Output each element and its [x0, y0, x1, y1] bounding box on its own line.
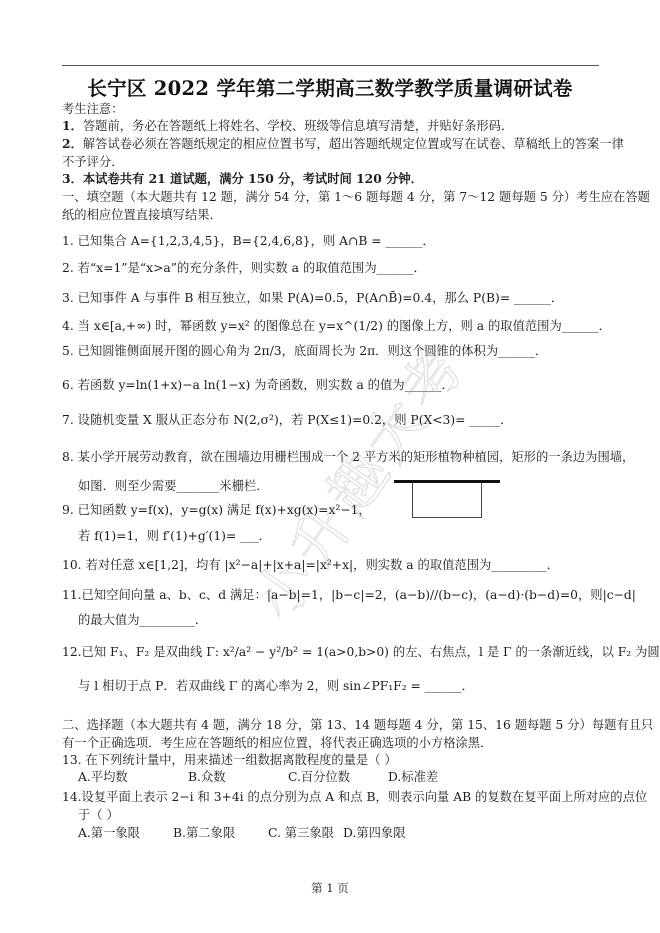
question-14: 14.设复平面上表示 2−i 和 3+4i 的点分别为点 A 和点 B，则表示向…	[62, 789, 647, 805]
question-13-options: A.平均数B.众数C.百分位数D.标准差	[78, 769, 438, 785]
notice-2: 2．解答试卷必须在答题纸规定的相应位置书写，超出答题纸规定位置或写在试卷、草稿纸…	[62, 136, 624, 152]
section1-heading: 一、填空题（本大题共有 12 题，满分 54 分，第 1～6 题每题 4 分，第…	[62, 189, 650, 205]
notice-2-cont: 不予评分．	[62, 154, 124, 170]
wall-line	[394, 480, 500, 483]
question-12: 12.已知 F₁、F₂ 是双曲线 Γ: x²/a² − y²/b² = 1(a>…	[62, 644, 660, 660]
question-13: 13. 在下列统计量中，用来描述一组数据离散程度的量是（ ）	[62, 752, 397, 768]
notice-1: 1．答题前，务必在答题纸上将姓名、学校、班级等信息填写清楚，并贴好条形码．	[62, 118, 513, 134]
question-6: 6. 若函数 y=ln(1+x)−a ln(1−x) 为奇函数，则实数 a 的值…	[62, 377, 454, 393]
option-d: D.标准差	[388, 769, 438, 785]
notice-text: 本试卷共有 21 道试题，满分 150 分，考试时间 120 分钟．	[83, 171, 423, 186]
question-14-cont: 于（ ）	[78, 807, 119, 823]
fence-right	[481, 483, 482, 517]
page-number: 第 1 页	[0, 880, 660, 896]
question-14-options: A.第一象限B.第二象限C. 第三象限D.第四象限	[78, 825, 406, 841]
question-12-cont: 与 l 相切于点 P．若双曲线 Γ 的离心率为 2，则 sin∠PF₁F₂ = …	[78, 678, 474, 694]
question-11: 11.已知空间向量 a、b、c、d 满足：|a−b|=1，|b−c|=2，(a−…	[62, 587, 636, 603]
question-8-cont: 如图．则至少需要_______米栅栏．	[78, 478, 269, 494]
question-2: 2. 若“x=1”是“x>a”的充分条件，则实数 a 的取值范围为______．	[62, 260, 426, 276]
question-9-cont: 若 f(1)=1，则 f′(1)+g′(1)= ___．	[78, 528, 271, 544]
question-11-cont: 的最大值为_________．	[78, 612, 207, 628]
option-b: B.众数	[188, 769, 288, 785]
exam-title: 长宁区 2022 学年第二学期高三数学教学质量调研试卷	[0, 73, 660, 101]
option-a: A.平均数	[78, 769, 188, 785]
notice-num: 3．	[62, 171, 83, 186]
question-4: 4. 当 x∈[a,+∞) 时，幂函数 y=x² 的图像总在 y=x^(1/2)…	[62, 318, 611, 334]
notice-num: 2．	[62, 136, 83, 151]
question-8: 8. 某小学开展劳动教育，欲在围墙边用栅栏围成一个 2 平方米的矩形植物种植园，…	[62, 449, 634, 465]
top-rule	[62, 65, 599, 66]
section2-heading-cont: 有一个正确选项．考生应在答题纸的相应位置，将代表正确选项的小方格涂黑．	[62, 735, 492, 751]
section2-heading: 二、选择题（本大题共有 4 题，满分 18 分，第 13、14 题每题 4 分，…	[62, 717, 653, 733]
question-7: 7. 设随机变量 X 服从正态分布 N(2,σ²)，若 P(X≤1)=0.2，则…	[62, 412, 512, 428]
notice-header: 考生注意：	[62, 101, 124, 117]
option-b: B.第二象限	[173, 825, 268, 841]
question-5: 5. 已知圆锥侧面展开图的圆心角为 2π/3，底面周长为 2π．则这个圆锥的体积…	[62, 343, 547, 359]
question-9: 9. 已知函数 y=f(x)，y=g(x) 满足 f(x)+xg(x)=x²−1…	[62, 502, 371, 518]
exam-page: 长宁区 2022 学年第二学期高三数学教学质量调研试卷 考生注意： 1．答题前，…	[0, 0, 660, 933]
fence-left	[412, 483, 413, 517]
notice-text: 解答试卷必须在答题纸规定的相应位置书写，超出答题纸规定位置或写在试卷、草稿纸上的…	[83, 137, 624, 151]
question-3: 3. 已知事件 A 与事件 B 相互独立，如果 P(A)=0.5，P(A∩B̄)…	[62, 290, 563, 306]
question-10: 10. 若对任意 x∈[1,2]，均有 |x²−a|+|x+a|=|x²+x|，…	[62, 557, 559, 573]
option-d: D.第四象限	[343, 825, 406, 841]
notice-text: 答题前，务必在答题纸上将姓名、学校、班级等信息填写清楚，并贴好条形码．	[83, 119, 513, 133]
notice-3: 3．本试卷共有 21 道试题，满分 150 分，考试时间 120 分钟．	[62, 171, 423, 187]
option-c: C. 第三象限	[268, 825, 343, 841]
option-c: C.百分位数	[288, 769, 388, 785]
section1-heading-cont: 纸的相应位置直接填写结果．	[62, 207, 222, 223]
garden-fence-diagram	[394, 480, 500, 528]
notice-num: 1．	[62, 118, 83, 133]
question-1: 1. 已知集合 A={1,2,3,4,5}，B={2,4,6,8}，则 A∩B …	[62, 233, 435, 249]
option-a: A.第一象限	[78, 825, 173, 841]
fence-bottom	[412, 517, 482, 518]
